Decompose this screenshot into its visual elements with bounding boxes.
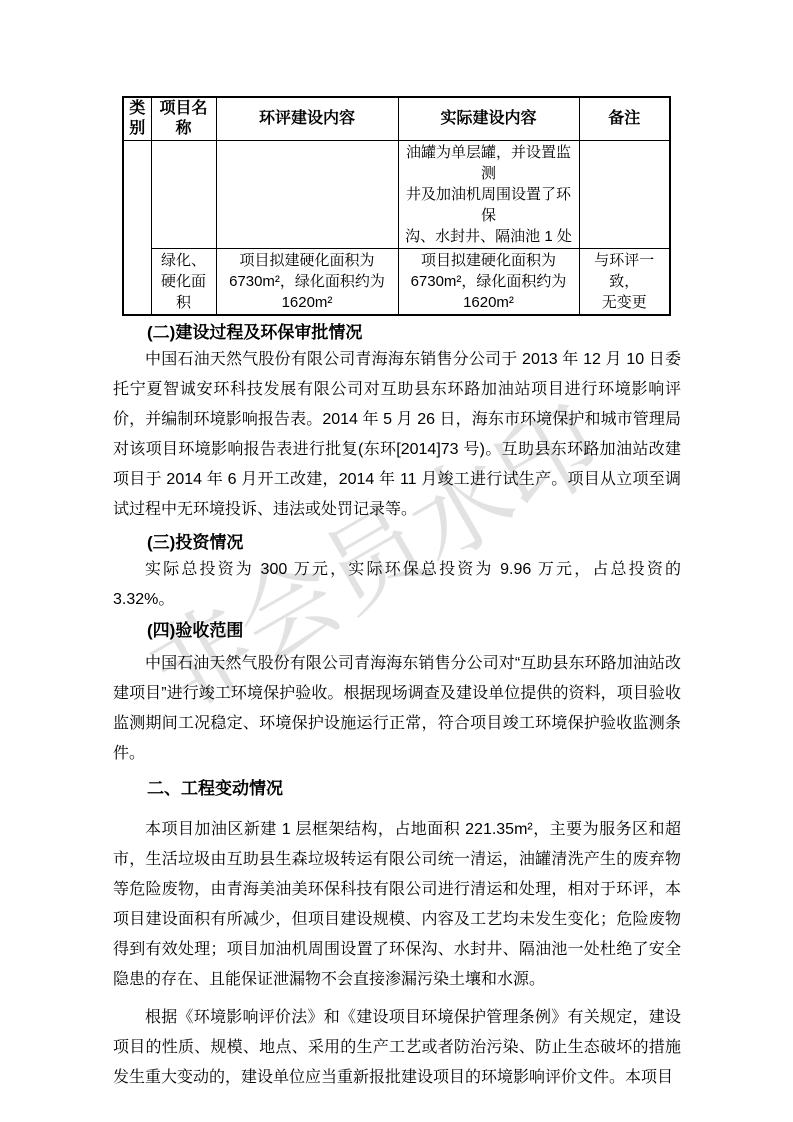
cell-note-empty [579,141,670,249]
section-heading-acceptance-scope: (四)验收范围 [113,619,681,643]
cell-project-name-greening: 绿化、 硬化面 积 [151,249,216,316]
cell-eia-content-empty [216,141,398,249]
cell-actual-content-greening: 项目拟建硬化面积为 6730m²，绿化面积约为 1620m² [398,249,579,316]
col-header-note: 备注 [579,97,670,141]
paragraph-investment: 实际总投资为 300 万元，实际环保总投资为 9.96 万元，占总投资的 3.3… [113,555,681,615]
paragraph-project-changes-2: 根据《环境影响评价法》和《建设项目环境保护管理条例》有关规定，建设项目的性质、规… [113,1003,681,1093]
cell-eia-content-greening: 项目拟建硬化面积为 6730m²，绿化面积约为 1620m² [216,249,398,316]
col-header-category: 类别 [123,97,151,141]
table-row-greening: 绿化、 硬化面 积 项目拟建硬化面积为 6730m²，绿化面积约为 1620m²… [123,249,670,316]
cell-category-merged [123,141,151,316]
cell-actual-content-tank: 油罐为单层罐，并设置监测 井及加油机周围设置了环保 沟、水封井、隔油池 1 处 [398,141,579,249]
col-header-project-name: 项目名称 [151,97,216,141]
paragraph-acceptance-scope: 中国石油天然气股份有限公司青海海东销售分公司对“互助县东环路加油站改建项目”进行… [113,649,681,769]
section-heading-project-changes: 二、工程变动情况 [113,777,681,801]
cell-project-name-empty [151,141,216,249]
col-header-actual-content: 实际建设内容 [398,97,579,141]
construction-comparison-table: 类别 项目名称 环评建设内容 实际建设内容 备注 油罐为单层罐，并设置监测 井及… [122,96,671,316]
paragraph-construction-process: 中国石油天然气股份有限公司青海海东销售分公司于 2013 年 12 月 10 日… [113,345,681,525]
cell-note-greening: 与环评一致， 无变更 [579,249,670,316]
table-header-row: 类别 项目名称 环评建设内容 实际建设内容 备注 [123,97,670,141]
section-heading-investment: (三)投资情况 [113,531,681,555]
document-content: 类别 项目名称 环评建设内容 实际建设内容 备注 油罐为单层罐，并设置监测 井及… [113,96,681,1093]
section-heading-construction-process: (二)建设过程及环保审批情况 [113,321,681,345]
col-header-eia-content: 环评建设内容 [216,97,398,141]
table-row-tank-continued: 油罐为单层罐，并设置监测 井及加油机周围设置了环保 沟、水封井、隔油池 1 处 [123,141,670,249]
document-page: 非会员水印 类别 项目名称 环评建设内容 实际建设内容 备注 油罐为单层罐，并设 [0,0,793,1122]
paragraph-project-changes-1: 本项目加油区新建 1 层框架结构，占地面积 221.35m²，主要为服务区和超市… [113,815,681,995]
